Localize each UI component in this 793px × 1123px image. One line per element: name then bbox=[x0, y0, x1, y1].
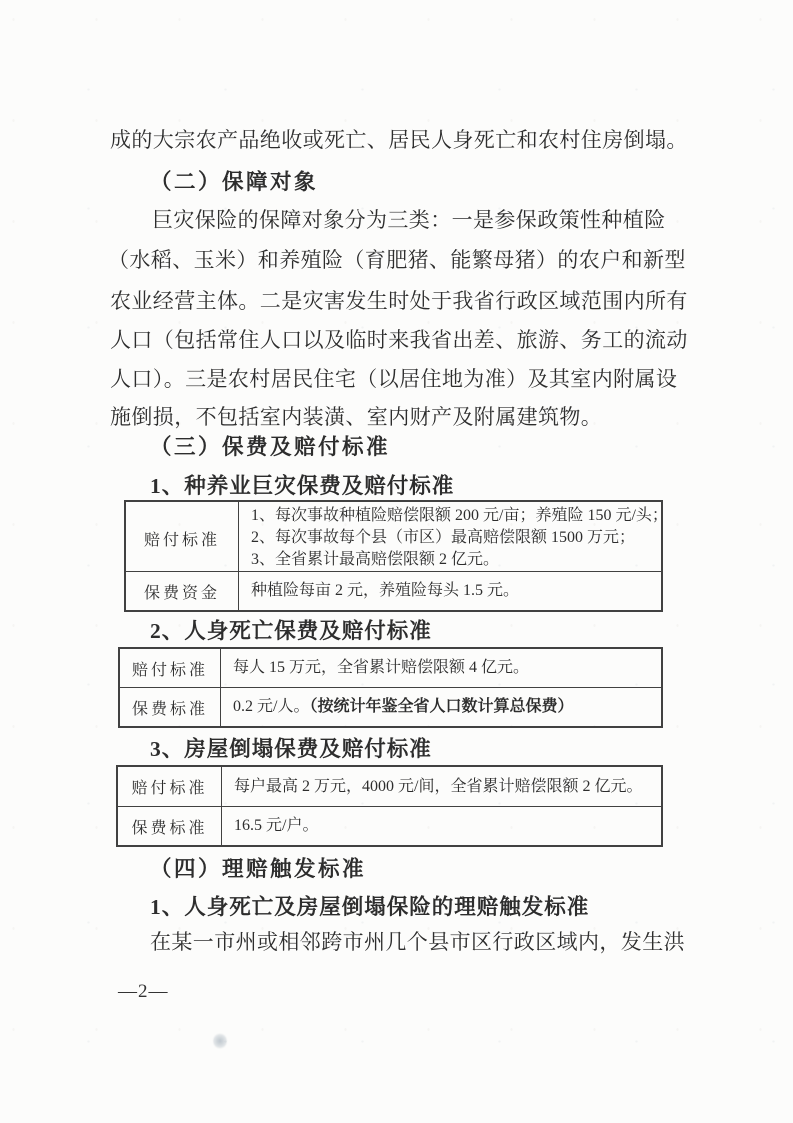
table-cell-line: 16.5 元/户。 bbox=[234, 815, 655, 837]
body-text-line: 人口）。三是农村居民住宅（以居住地为准）及其室内附属设 bbox=[110, 366, 677, 392]
body-text-line: 人口（包括常住人口以及临时来我省出差、旅游、务工的流动 bbox=[110, 327, 688, 353]
section-heading-2: （二）保障对象 bbox=[150, 169, 318, 196]
table-row-label: 赔付标准 bbox=[126, 502, 239, 574]
table-cell-line: 1、每次事故种植险赔偿限额 200 元/亩；养殖险 150 元/头； bbox=[251, 505, 668, 527]
section-heading-3: （三）保费及赔付标准 bbox=[150, 434, 390, 461]
table-house-collapse-standards: 赔付标准 每户最高 2 万元，4000 元/间，全省累计赔偿限额 2 亿元。 保… bbox=[116, 765, 663, 847]
body-text-line: 在某一市州或相邻跨市州几个县市区行政区域内，发生洪 bbox=[150, 929, 685, 955]
body-text-line: （水稻、玉米）和养殖险（育肥猪、能繁母猪）的农户和新型 bbox=[108, 247, 686, 273]
premium-bold-note: （按统计年鉴全省人口数计算总保费） bbox=[309, 698, 573, 715]
table-row-label: 赔付标准 bbox=[118, 767, 222, 806]
table-row: 保费标准 0.2 元/人。（按统计年鉴全省人口数计算总保费） bbox=[120, 687, 661, 726]
table-row-value: 每人 15 万元，全省累计赔偿限额 4 亿元。 bbox=[221, 649, 661, 687]
table-row-value: 0.2 元/人。（按统计年鉴全省人口数计算总保费） bbox=[221, 688, 661, 726]
body-text-line: 成的大宗农产品绝收或死亡、居民人身死亡和农村住房倒塌。 bbox=[110, 127, 688, 153]
table-row: 赔付标准 每人 15 万元，全省累计赔偿限额 4 亿元。 bbox=[120, 649, 661, 687]
table-cell-line: 0.2 元/人。（按统计年鉴全省人口数计算总保费） bbox=[233, 696, 655, 718]
page-number: —2— bbox=[118, 981, 169, 1003]
table-row-label: 保费资金 bbox=[126, 572, 239, 610]
table-cell-line: 每人 15 万元，全省累计赔偿限额 4 亿元。 bbox=[233, 657, 655, 679]
table-row-value: 16.5 元/户。 bbox=[222, 807, 661, 845]
body-text-line: 巨灾保险的保障对象分为三类：一是参保政策性种植险 bbox=[152, 207, 666, 233]
scan-smudge-mark bbox=[213, 1033, 227, 1049]
table-cell-line: 2、每次事故每个县（市区）最高赔偿限额 1500 万元； bbox=[251, 527, 668, 549]
table-cell-line: 3、全省累计最高赔偿限额 2 亿元。 bbox=[251, 549, 668, 571]
table-cell-line: 每户最高 2 万元，4000 元/间，全省累计赔偿限额 2 亿元。 bbox=[234, 776, 655, 798]
table-row-label: 保费标准 bbox=[120, 688, 221, 726]
table-row-value: 每户最高 2 万元，4000 元/间，全省累计赔偿限额 2 亿元。 bbox=[222, 767, 661, 806]
premium-value-text: 0.2 元/人。 bbox=[233, 698, 309, 715]
table-cell-line: 种植险每亩 2 元，养殖险每头 1.5 元。 bbox=[251, 580, 655, 602]
table-personal-death-standards: 赔付标准 每人 15 万元，全省累计赔偿限额 4 亿元。 保费标准 0.2 元/… bbox=[118, 647, 663, 728]
table-crop-livestock-standards: 赔付标准 1、每次事故种植险赔偿限额 200 元/亩；养殖险 150 元/头； … bbox=[124, 500, 663, 612]
table-1-title: 1、种养业巨灾保费及赔付标准 bbox=[150, 473, 454, 500]
section-heading-4: （四）理赔触发标准 bbox=[150, 856, 366, 883]
table-2-title: 2、人身死亡保费及赔付标准 bbox=[150, 618, 432, 645]
body-text-line: 农业经营主体。二是灾害发生时处于我省行政区域范围内所有 bbox=[110, 288, 688, 314]
table-row-value: 种植险每亩 2 元，养殖险每头 1.5 元。 bbox=[239, 572, 661, 610]
table-row-label: 赔付标准 bbox=[120, 649, 221, 687]
table-row: 保费标准 16.5 元/户。 bbox=[118, 806, 661, 845]
table-row: 保费资金 种植险每亩 2 元，养殖险每头 1.5 元。 bbox=[126, 571, 661, 610]
body-text-line: 施倒损，不包括室内装潢、室内财产及附属建筑物。 bbox=[110, 404, 602, 430]
table-row: 赔付标准 1、每次事故种植险赔偿限额 200 元/亩；养殖险 150 元/头； … bbox=[126, 502, 661, 571]
table-3-title: 3、房屋倒塌保费及赔付标准 bbox=[150, 736, 432, 763]
table-row: 赔付标准 每户最高 2 万元，4000 元/间，全省累计赔偿限额 2 亿元。 bbox=[118, 767, 661, 806]
table-row-label: 保费标准 bbox=[118, 807, 222, 845]
table-row-value: 1、每次事故种植险赔偿限额 200 元/亩；养殖险 150 元/头； 2、每次事… bbox=[239, 502, 674, 574]
sub-heading-4-1: 1、人身死亡及房屋倒塌保险的理赔触发标准 bbox=[150, 894, 589, 921]
